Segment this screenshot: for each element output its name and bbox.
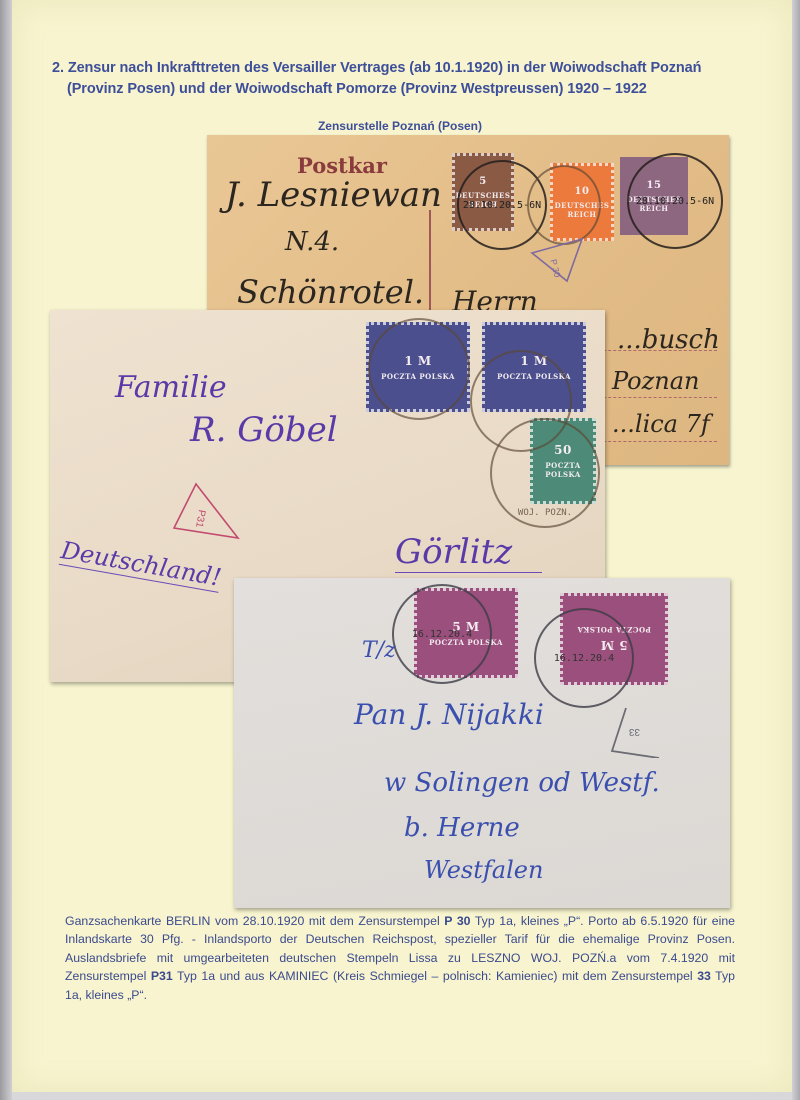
heading-line-1: 2. Zensur nach Inkrafttreten des Versail… <box>52 60 701 76</box>
country-note: Deutschland! <box>59 536 224 593</box>
svg-text:P 30: P 30 <box>548 258 562 278</box>
page-heading: 2. Zensur nach Inkrafttreten des Versail… <box>52 58 752 100</box>
cancel-berlin-2 <box>527 165 601 245</box>
page-subheading: Zensurstelle Poznań (Posen) <box>0 119 800 133</box>
address-line-4: b. Herne <box>404 813 520 843</box>
cancel-date: 28.10.20.5-6N <box>636 196 714 207</box>
cancel-berlin-3: 28.10.20.5-6N <box>627 153 723 249</box>
cancel-date: 16.12.20.4 <box>412 629 472 640</box>
svg-text:33: 33 <box>628 726 640 737</box>
caption-text: Typ 1a und aus KAMINIEC (Kreis Schmiegel… <box>173 969 697 983</box>
censor-triangle-icon: P31 <box>168 480 243 540</box>
address-line-3: Görlitz <box>395 532 542 573</box>
sender-line-3: Schönrotel. <box>237 273 424 311</box>
page-caption: Ganzsachenkarte BERLIN vom 28.10.1920 mi… <box>65 912 735 1004</box>
censor-triangle-icon: P 30 <box>527 235 587 285</box>
address-line-3: w Solingen od Westf. <box>384 768 660 798</box>
cancel-leszno-1 <box>368 318 470 420</box>
svg-text:P31: P31 <box>193 509 207 529</box>
censor-mark-ref: 33 <box>697 969 711 983</box>
heading-line-2: (Provinz Posen) und der Woiwodschaft Pom… <box>52 79 752 100</box>
cover-kaminiec: 5 MPOCZTA POLSKA 5 MPOCZTA POLSKA 16.12.… <box>234 578 730 908</box>
address-line-2: Pan J. Nijakki <box>354 698 544 731</box>
cancel-leszno-3: WOJ. POZN. <box>490 418 600 528</box>
censor-triangle-icon: 33 <box>604 703 664 758</box>
address-line-1: T/z <box>362 638 396 663</box>
address-line-2: ...busch <box>617 325 720 355</box>
cancel-kaminiec-2: 16.12.20.4 <box>534 608 634 708</box>
address-line-3: Poznan <box>612 367 700 395</box>
censor-mark-ref: P 30 <box>444 914 470 928</box>
address-line-2: R. Göbel <box>190 410 338 450</box>
address-line-4: ...lica 7f <box>612 410 710 438</box>
address-line-1: Familie <box>115 370 227 405</box>
cancel-text: WOJ. POZN. <box>518 508 572 518</box>
sender-line-2: N.4. <box>285 227 339 257</box>
cancel-kaminiec-1: 16.12.20.4 <box>392 584 492 684</box>
address-line-5: Westfalen <box>424 856 543 884</box>
sender-line-1: J. Lesniewan <box>225 175 442 215</box>
cancel-date: 16.12.20.4 <box>554 653 614 664</box>
scan-edge-right <box>792 0 800 1100</box>
caption-text: Ganzsachenkarte BERLIN vom 28.10.1920 mi… <box>65 914 444 928</box>
scan-edge-left <box>0 0 12 1100</box>
censor-mark-ref: P31 <box>151 969 173 983</box>
